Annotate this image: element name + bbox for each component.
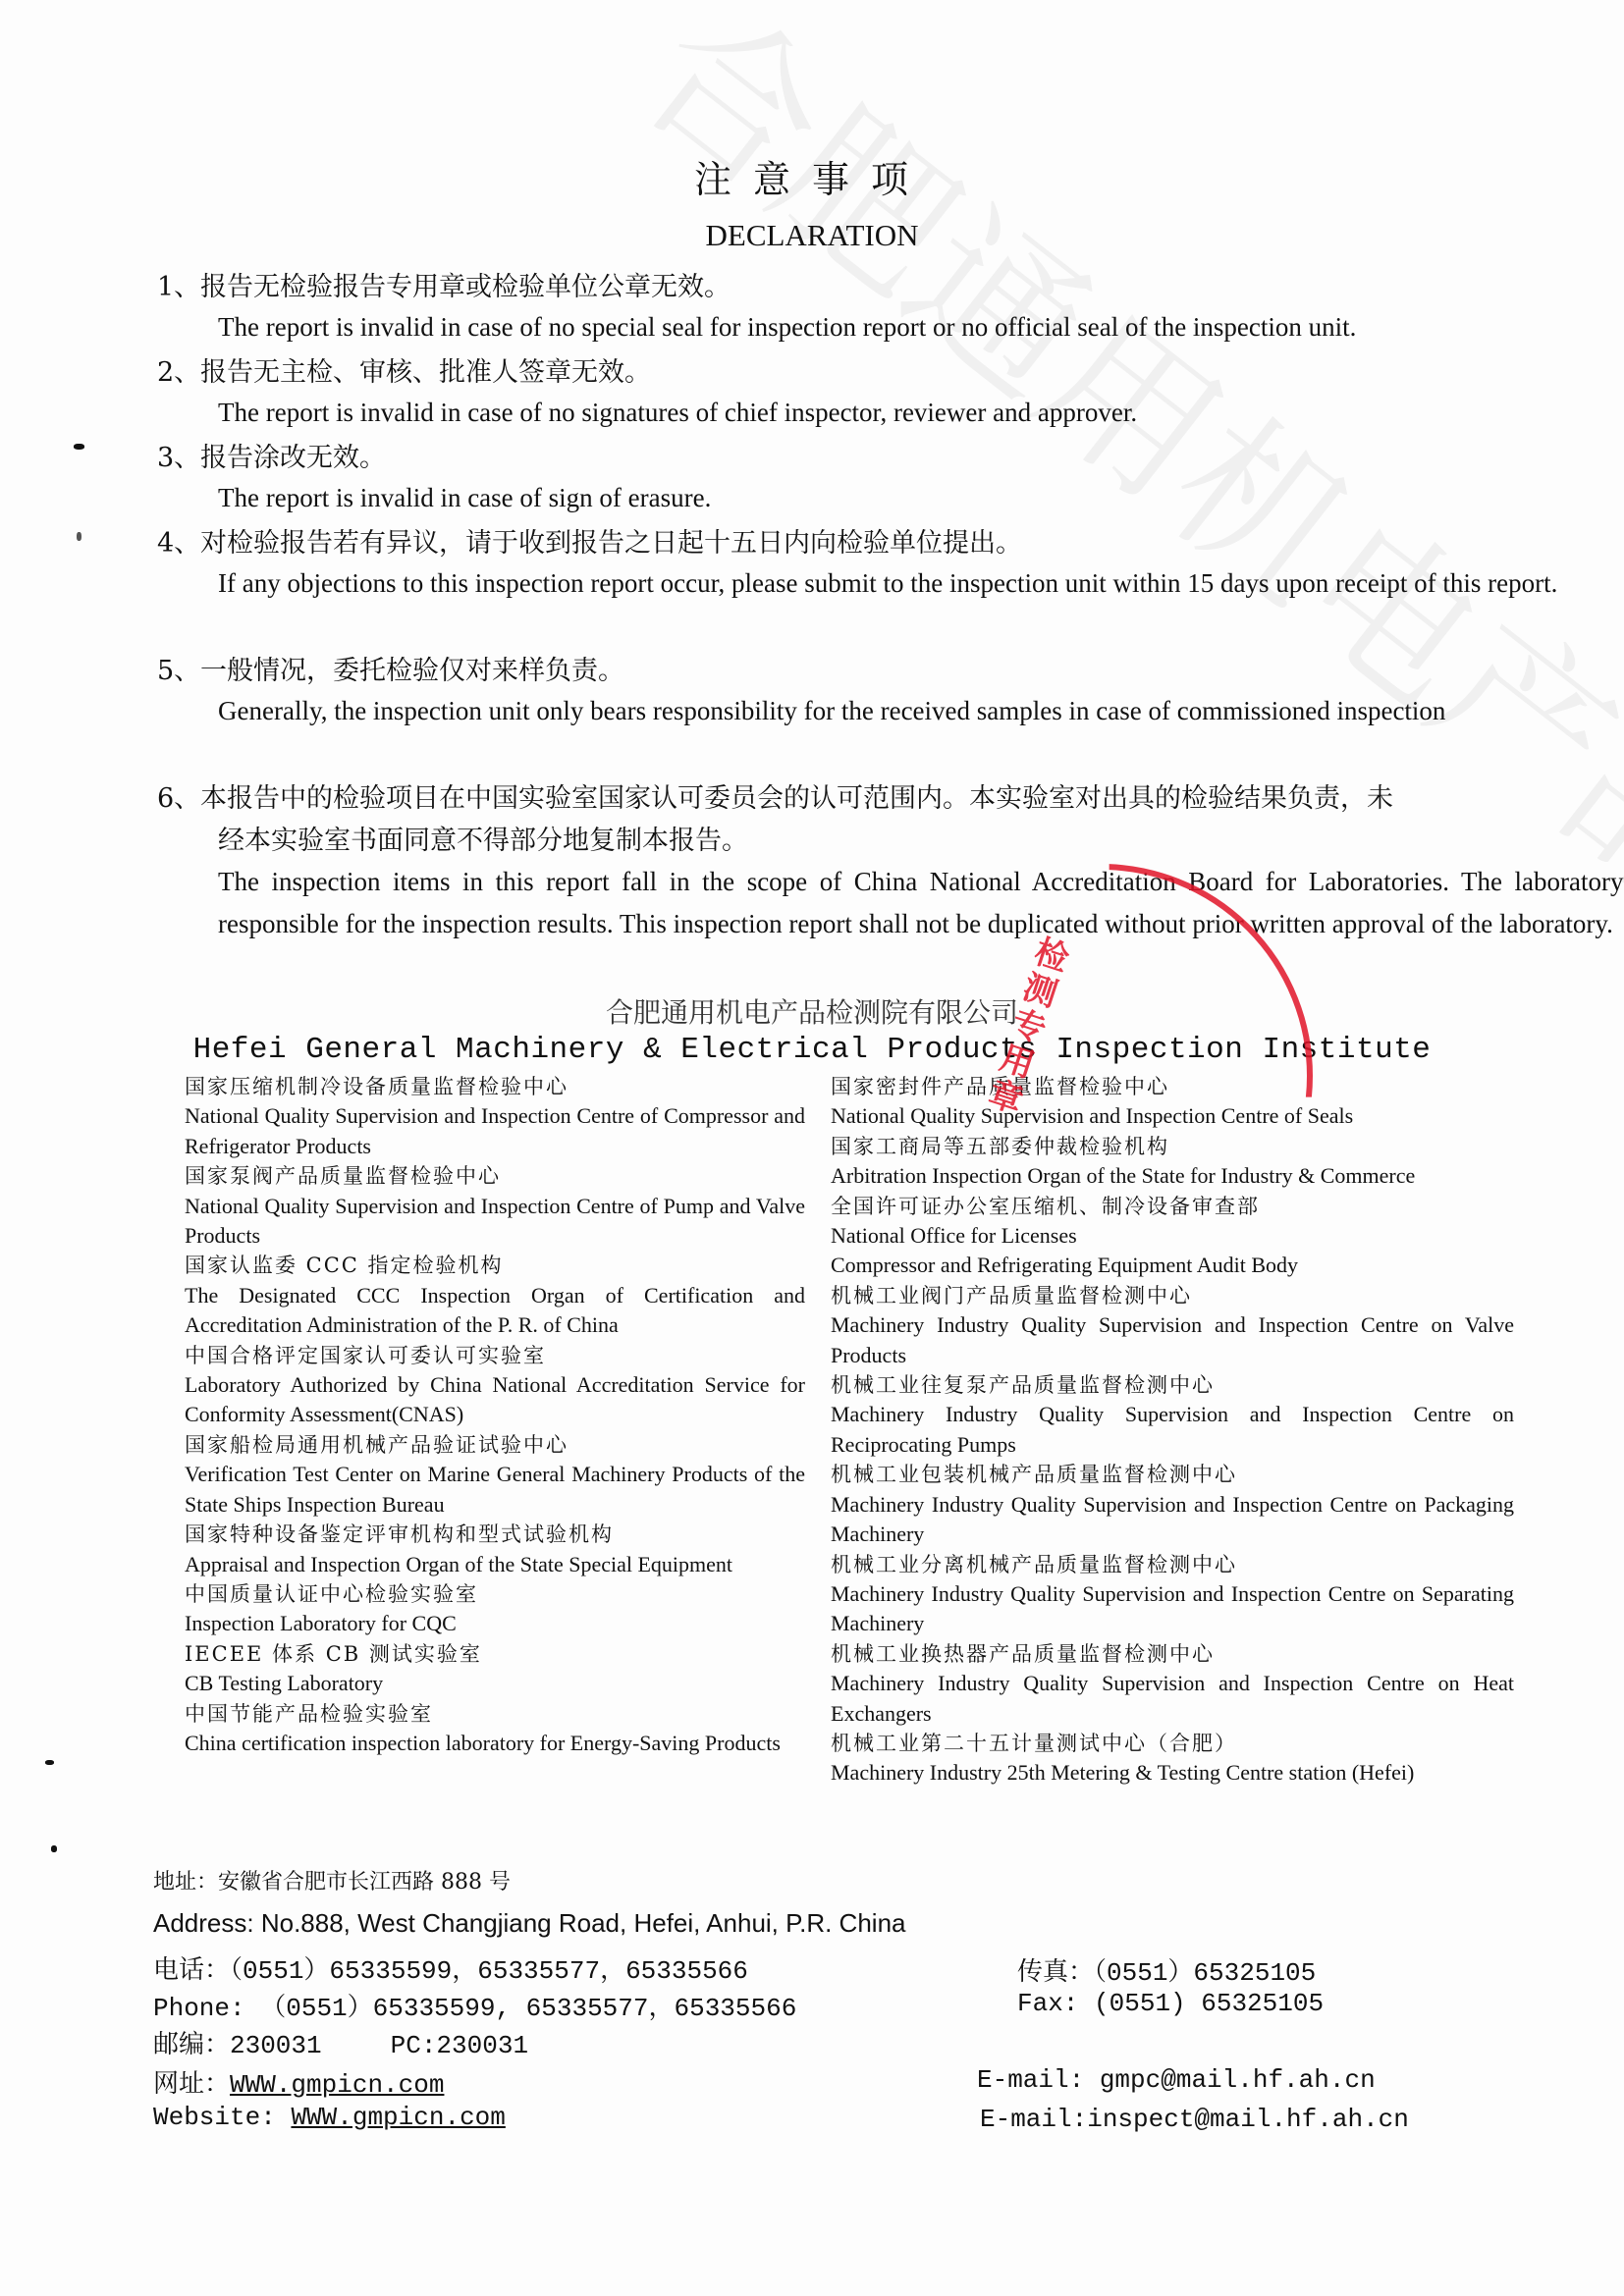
email-link[interactable]: inspect@mail.hf.ah.cn [1087,2105,1409,2134]
qualification-item: 机械工业包装机械产品质量监督检测中心Machinery Industry Qua… [831,1460,1514,1549]
qualification-item: 机械工业往复泵产品质量监督检测中心Machinery Industry Qual… [831,1370,1514,1460]
qualification-item: IECEE 体系 CB 测试实验室CB Testing Laboratory [185,1639,805,1699]
item-text-en: The inspection items in this report fall… [218,861,1624,945]
qualification-item: 机械工业第二十五计量测试中心（合肥）Machinery Industry 25t… [831,1729,1514,1789]
item-number: 1、 [157,265,200,303]
page-title-en: DECLARATION [0,218,1624,253]
scan-speck [51,1845,57,1852]
qualification-item: 机械工业阀门产品质量监督检测中心Machinery Industry Quali… [831,1281,1514,1370]
qualifications-left-column: 国家压缩机制冷设备质量监督检验中心National Quality Superv… [185,1072,805,1758]
website-cn: 网址：WWW.gmpicn.com [153,2063,444,2100]
scan-speck [74,444,84,450]
qualification-item: 国家工商局等五部委仲裁检验机构Arbitration Inspection Or… [831,1132,1514,1192]
item-text-en: The report is invalid in case of no sign… [218,392,1624,434]
qualification-item: 机械工业换热器产品质量监督检测中心Machinery Industry Qual… [831,1639,1514,1729]
item-text-cn: 本报告中的检验项目在中国实验室国家认可委员会的认可范围内。本实验室对出具的检验结… [200,783,1393,814]
address-cn: 地址：安徽省合肥市长江西路 888 号 [153,1865,511,1896]
qualification-item: 国家压缩机制冷设备质量监督检验中心National Quality Superv… [185,1072,805,1161]
item-number: 2、 [157,350,200,389]
item-text-cn: 报告无主检、审核、批准人签章无效。 [200,357,651,388]
website-link[interactable]: WWW.gmpicn.com [230,2070,444,2100]
declaration-page: 合肥通用机电产品检测院有限公司 注意事项 DECLARATION 1、报告无检验… [0,0,1624,2296]
website-link[interactable]: WWW.gmpicn.com [291,2103,505,2132]
company-name-en: Hefei General Machinery & Electrical Pro… [0,1033,1624,1067]
postcode: 邮编：230031PC:230031 [153,2024,528,2060]
item-number: 4、 [157,521,200,560]
qualification-item: 国家密封件产品质量监督检验中心National Quality Supervis… [831,1072,1514,1132]
fax-en: Fax: (0551) 65325105 [1017,1989,1324,2018]
phone-cn: 电话：（0551）65335599，65335577，65335566 [153,1949,748,1986]
scan-speck [77,532,81,541]
scan-speck [45,1760,54,1765]
qualification-item: 国家特种设备鉴定评审机构和型式试验机构Appraisal and Inspect… [185,1520,805,1579]
item-text-cn: 对检验报告若有异议，请于收到报告之日起十五日内向检验单位提出。 [200,528,1022,559]
item-text-cn: 一般情况，委托检验仅对来样负责。 [200,656,624,686]
email-1: E-mail: gmpc@mail.hf.ah.cn [977,2065,1376,2095]
item-text-en: If any objections to this inspection rep… [218,562,1624,605]
qualification-item: 国家认监委 CCC 指定检验机构The Designated CCC Inspe… [185,1251,805,1340]
page-title-cn: 注意事项 [0,149,1624,203]
item-text-cn: 报告无检验报告专用章或检验单位公章无效。 [200,272,731,302]
email-link[interactable]: gmpc@mail.hf.ah.cn [1100,2065,1376,2095]
qualification-item: 机械工业分离机械产品质量监督检测中心Machinery Industry Qua… [831,1550,1514,1639]
address-en: Address: No.888, West Changjiang Road, H… [153,1908,906,1939]
company-name-cn: 合肥通用机电产品检测院有限公司 [0,991,1624,1031]
qualification-item: 国家船检局通用机械产品验证试验中心Verification Test Cente… [185,1430,805,1520]
item-text-cn: 报告涂改无效。 [200,443,386,473]
item-text-en: Generally, the inspection unit only bear… [218,690,1624,732]
website-en: Website: WWW.gmpicn.com [153,2103,506,2132]
qualifications-right-column: 国家密封件产品质量监督检验中心National Quality Supervis… [831,1072,1514,1789]
phone-en: Phone: （0551）65335599, 65335577，65335566 [153,1987,796,2023]
item-text-cn-continued: 经本实验室书面同意不得部分地复制本报告。 [218,819,748,857]
email-2: E-mail:inspect@mail.hf.ah.cn [980,2105,1409,2134]
item-number: 6、 [157,776,200,815]
item-number: 3、 [157,436,200,474]
qualification-item: 中国质量认证中心检验实验室Inspection Laboratory for C… [185,1579,805,1639]
item-number: 5、 [157,649,200,687]
fax-cn: 传真：（0551）65325105 [1017,1951,1316,1988]
item-text-en: The report is invalid in case of sign of… [218,477,1624,519]
qualification-item: 国家泵阀产品质量监督检验中心National Quality Supervisi… [185,1161,805,1251]
qualification-item: 全国许可证办公室压缩机、制冷设备审查部National Office for L… [831,1192,1514,1281]
qualification-item: 中国节能产品检验实验室China certification inspectio… [185,1699,805,1759]
qualification-item: 中国合格评定国家认可委认可实验室Laboratory Authorized by… [185,1341,805,1430]
item-text-en: The report is invalid in case of no spec… [218,306,1624,348]
